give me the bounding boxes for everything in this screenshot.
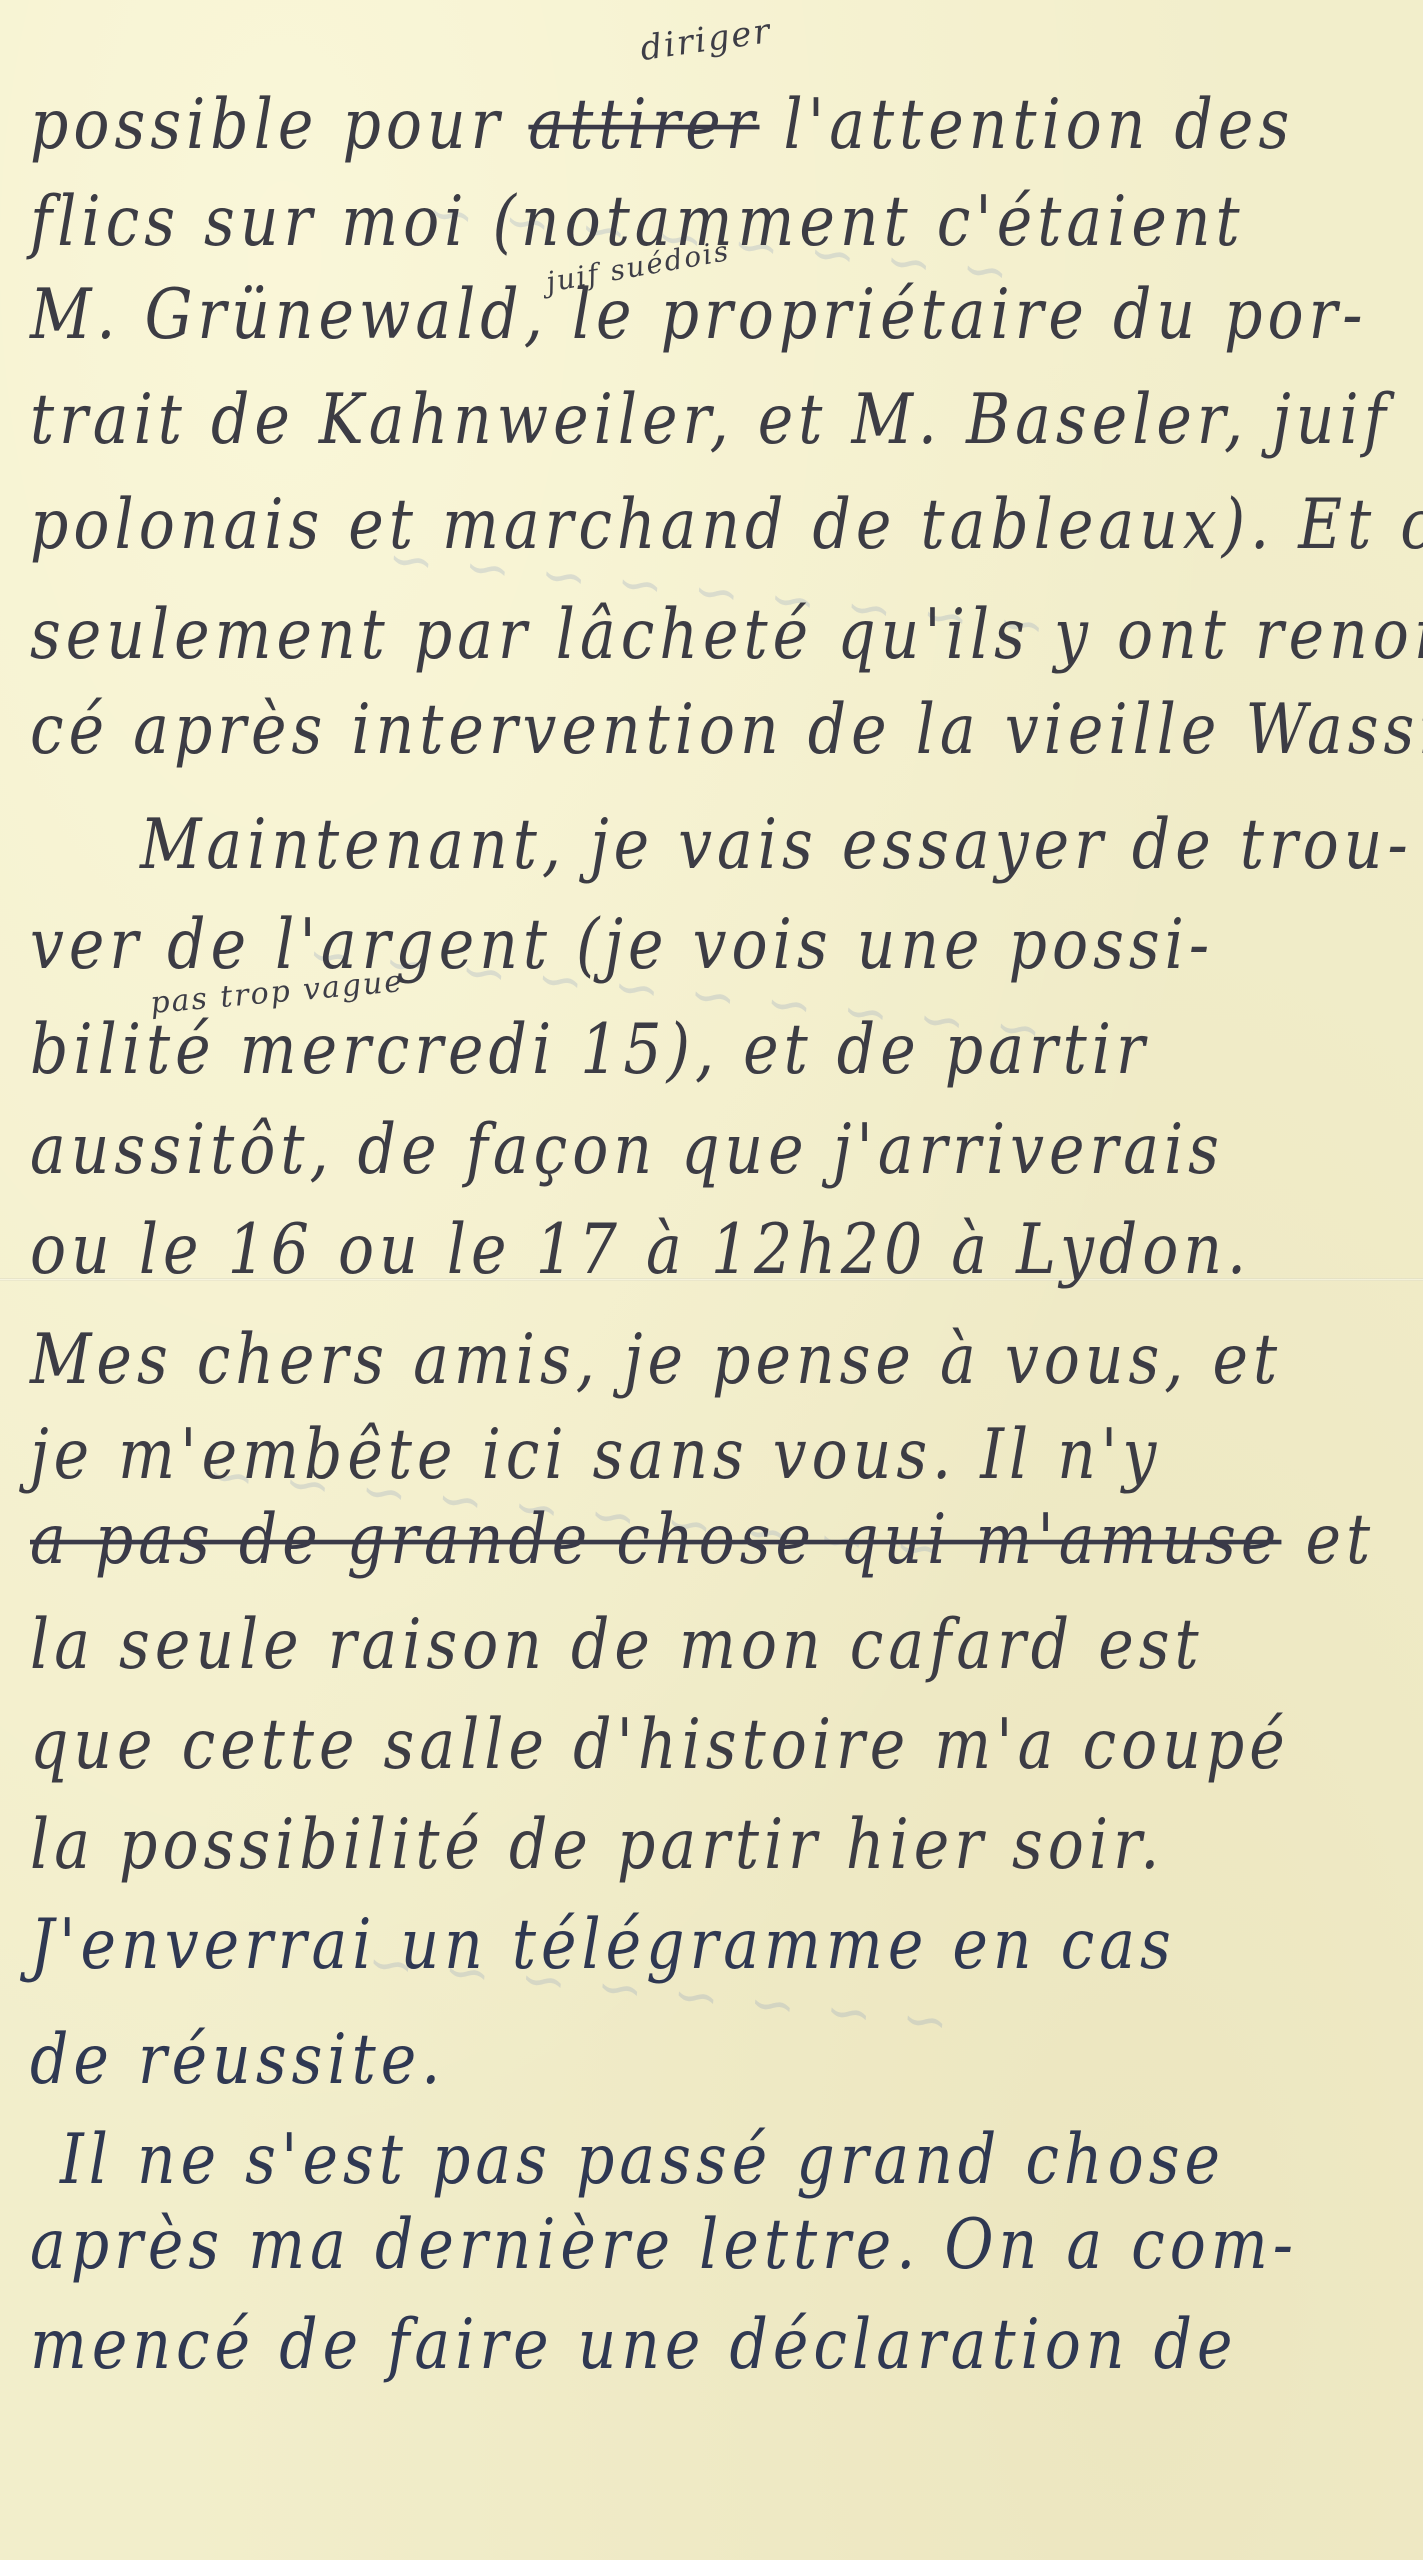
letter-line: possible pour attirer l'attention des bbox=[30, 85, 1294, 166]
letter-line: cé après intervention de la vieille Wass… bbox=[30, 690, 1423, 771]
letter-line: Mes chers amis, je pense à vous, et bbox=[30, 1320, 1282, 1401]
letter-line: a pas de grande chose qui m'amuse et bbox=[30, 1500, 1375, 1581]
struck-phrase: a pas de grande chose qui m'amuse bbox=[30, 1500, 1281, 1581]
letter-line: ou le 16 ou le 17 à 12h20 à Lydon. bbox=[30, 1210, 1251, 1291]
letter-line: flics sur moi (notamment c'étaient bbox=[30, 182, 1245, 263]
letter-line: de réussite. bbox=[30, 2020, 445, 2101]
letter-line: Maintenant, je vais essayer de trou- bbox=[140, 805, 1413, 886]
line-text: possible pour bbox=[30, 85, 528, 166]
letter-line: la seule raison de mon cafard est bbox=[30, 1605, 1204, 1686]
letter-line: aussitôt, de façon que j'arriverais bbox=[30, 1110, 1224, 1191]
letter-line: après ma dernière lettre. On a com- bbox=[30, 2205, 1298, 2286]
struck-word: attirer bbox=[528, 85, 759, 166]
letter-line: la possibilité de partir hier soir. bbox=[30, 1805, 1164, 1886]
letter-line: je m'embête ici sans vous. Il n'y bbox=[30, 1415, 1161, 1496]
letter-line: mencé de faire une déclaration de bbox=[30, 2305, 1238, 2386]
line-text: et bbox=[1281, 1500, 1375, 1581]
letter-line: seulement par lâcheté qu'ils y ont renon… bbox=[30, 595, 1423, 676]
letter-line: trait de Kahnweiler, et M. Baseler, juif bbox=[30, 380, 1391, 461]
letter-line: que cette salle d'histoire m'a coupé bbox=[30, 1705, 1290, 1786]
letter-line: M. Grünewald, le propriétaire du por- bbox=[30, 275, 1368, 356]
letter-line: bilité mercredi 15), et de partir bbox=[30, 1010, 1150, 1091]
letter-line: ver de l'argent (je vois une possi- bbox=[30, 905, 1214, 986]
letter-line: Il ne s'est pas passé grand chose bbox=[60, 2120, 1225, 2201]
letter-line: polonais et marchand de tableaux). Et c'… bbox=[30, 485, 1423, 566]
line-text: l'attention des bbox=[759, 85, 1294, 166]
letter-line: J'enverrai un télégramme en cas bbox=[30, 1905, 1176, 1986]
